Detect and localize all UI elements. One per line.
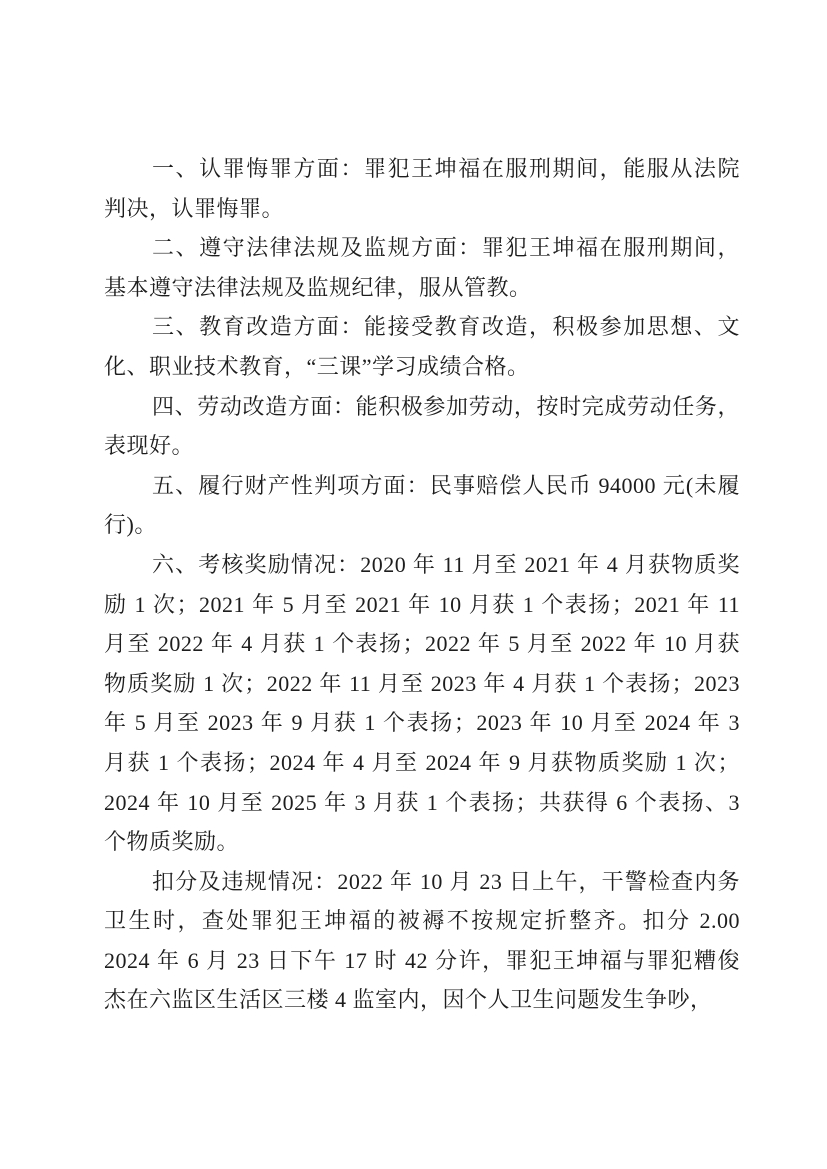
doc-line: 六、考核奖励情况：2020 年 11 月至 2021 年 4 月获物质奖 xyxy=(104,545,740,585)
doc-line: 三、教育改造方面：能接受教育改造，积极参加思想、文 xyxy=(104,307,740,347)
doc-line: 2024 年 6 月 23 日下午 17 时 42 分许，罪犯王坤福与罪犯糟俊 xyxy=(104,941,740,981)
doc-line: 四、劳动改造方面：能积极参加劳动，按时完成劳动任务， xyxy=(104,387,740,427)
doc-line: 化、职业技术教育，“三课”学习成绩合格。 xyxy=(104,347,740,387)
doc-line: 年 5 月至 2023 年 9 月获 1 个表扬；2023 年 10 月至 20… xyxy=(104,703,740,743)
doc-line: 一、认罪悔罪方面：罪犯王坤福在服刑期间，能服从法院 xyxy=(104,149,740,189)
doc-line: 月至 2022 年 4 月获 1 个表扬；2022 年 5 月至 2022 年 … xyxy=(104,624,740,664)
document-page: 一、认罪悔罪方面：罪犯王坤福在服刑期间，能服从法院 判决，认罪悔罪。 二、遵守法… xyxy=(0,0,827,1169)
doc-line: 杰在六监区生活区三楼 4 监室内，因个人卫生问题发生争吵， xyxy=(104,980,740,1020)
doc-line: 表现好。 xyxy=(104,426,740,466)
doc-line: 月获 1 个表扬；2024 年 4 月至 2024 年 9 月获物质奖励 1 次… xyxy=(104,743,740,783)
doc-line: 2024 年 10 月至 2025 年 3 月获 1 个表扬；共获得 6 个表扬… xyxy=(104,783,740,823)
doc-line: 行)。 xyxy=(104,505,740,545)
doc-line: 判决，认罪悔罪。 xyxy=(104,189,740,229)
doc-line: 五、履行财产性判项方面：民事赔偿人民币 94000 元(未履 xyxy=(104,466,740,506)
doc-line: 卫生时，查处罪犯王坤福的被褥不按规定折整齐。扣分 2.00 分； xyxy=(104,901,740,941)
doc-line: 扣分及违规情况：2022 年 10 月 23 日上午，干警检查内务 xyxy=(104,862,740,902)
doc-line: 励 1 次；2021 年 5 月至 2021 年 10 月获 1 个表扬；202… xyxy=(104,585,740,625)
document-text-block: 一、认罪悔罪方面：罪犯王坤福在服刑期间，能服从法院 判决，认罪悔罪。 二、遵守法… xyxy=(104,149,740,1020)
doc-line: 个物质奖励。 xyxy=(104,822,740,862)
doc-line: 二、遵守法律法规及监规方面：罪犯王坤福在服刑期间， xyxy=(104,228,740,268)
doc-line: 基本遵守法律法规及监规纪律，服从管教。 xyxy=(104,268,740,308)
doc-line: 物质奖励 1 次；2022 年 11 月至 2023 年 4 月获 1 个表扬；… xyxy=(104,664,740,704)
